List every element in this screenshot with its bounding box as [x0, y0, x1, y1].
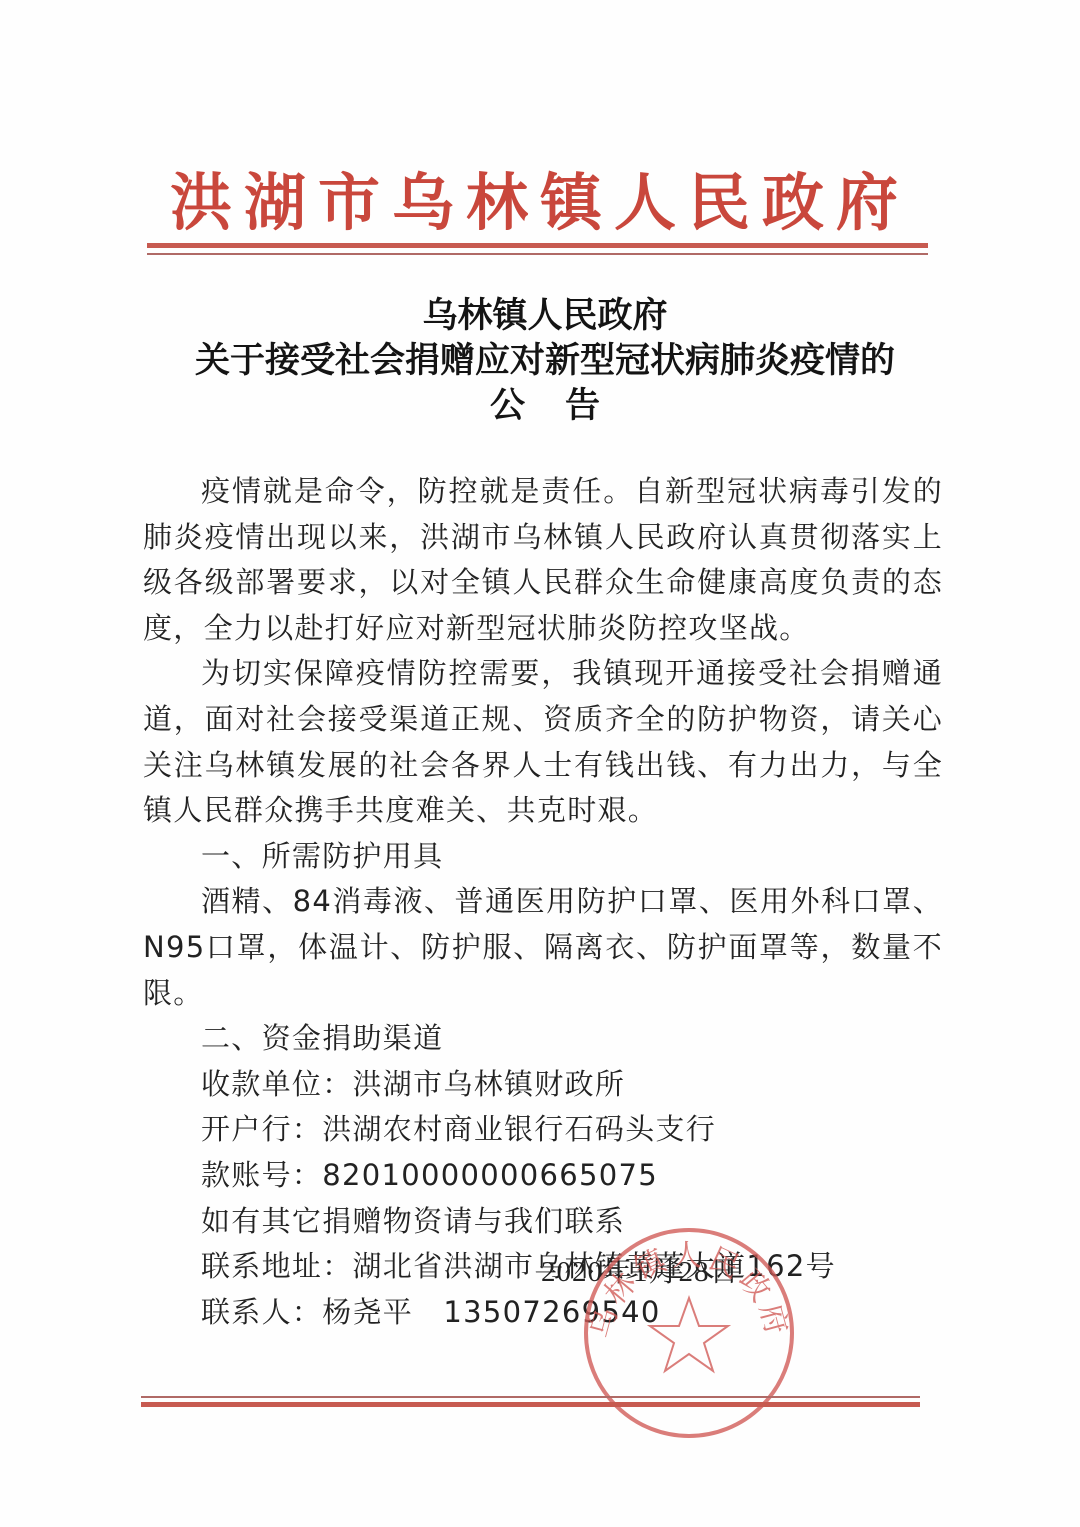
document-title-line3: 公告 [140, 383, 950, 428]
letterhead-rule-thin [147, 253, 928, 255]
footer-rule-thin [141, 1396, 920, 1398]
issue-date: 2020年1月28日 [541, 1252, 740, 1292]
document-title-line1: 乌林镇人民政府 [140, 293, 950, 338]
account-number-line: 款账号：82010000000665075 [143, 1153, 943, 1199]
letterhead-rule-thick [147, 243, 928, 248]
document-body: 疫情就是命令，防控就是责任。自新型冠状病毒引发的肺炎疫情出现以来，洪湖市乌林镇人… [143, 469, 943, 1335]
document-title-line2: 关于接受社会捐赠应对新型冠状病肺炎疫情的 [140, 338, 950, 383]
document-page: 洪湖市乌林镇人民政府 乌林镇人民政府 关于接受社会捐赠应对新型冠状病肺炎疫情的 … [0, 0, 1080, 1527]
contact-line: 联系人：杨尧平 13507269540 [143, 1290, 943, 1336]
footer-rule-thick [141, 1402, 920, 1407]
document-title: 乌林镇人民政府 关于接受社会捐赠应对新型冠状病肺炎疫情的 公告 [140, 293, 950, 428]
other-donations-line: 如有其它捐赠物资请与我们联系 [143, 1199, 943, 1245]
payee-line: 收款单位：洪湖市乌林镇财政所 [143, 1062, 943, 1108]
section-heading-supplies: 一、所需防护用具 [143, 834, 943, 880]
supplies-list: 酒精、84消毒液、普通医用防护口罩、医用外科口罩、N95口罩，体温计、防护服、隔… [143, 879, 943, 1016]
section-heading-funds: 二、资金捐助渠道 [143, 1016, 943, 1062]
bank-line: 开户行：洪湖农村商业银行石码头支行 [143, 1107, 943, 1153]
paragraph-intro: 疫情就是命令，防控就是责任。自新型冠状病毒引发的肺炎疫情出现以来，洪湖市乌林镇人… [143, 469, 943, 651]
paragraph-donation-channel: 为切实保障疫情防控需要，我镇现开通接受社会捐赠通道，面对社会接受渠道正规、资质齐… [143, 651, 943, 833]
letterhead-title: 洪湖市乌林镇人民政府 [140, 160, 940, 246]
